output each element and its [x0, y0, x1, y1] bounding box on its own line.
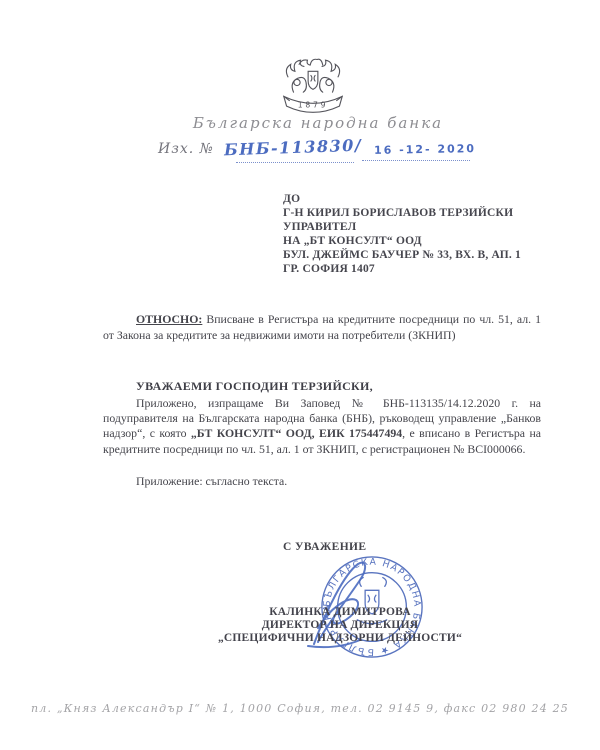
- ref-number-handwritten: БНБ-113830/: [224, 136, 363, 160]
- recipient-line: ДО: [283, 192, 583, 206]
- signer-title-2: „СПЕЦИФИЧНИ НАДЗОРНИ ДЕЙНОСТИ“: [190, 632, 490, 645]
- recipient-line: БУЛ. ДЖЕЙМС БАУЧЕР № 33, ВХ. В, АП. 1: [283, 248, 583, 262]
- recipient-block: ДО Г-Н КИРИЛ БОРИСЛАВОВ ТЕРЗИЙСКИ УПРАВИ…: [283, 192, 583, 276]
- signer-block: КАЛИНКА ДИМИТРОВА ДИРЕКТОР НА ДИРЕКЦИЯ „…: [190, 606, 490, 646]
- recipient-line: УПРАВИТЕЛ: [283, 220, 583, 234]
- dotted-line: [362, 160, 470, 161]
- signer-name: КАЛИНКА ДИМИТРОВА: [190, 606, 490, 619]
- ref-line: Изх. № БНБ-113830/ 16 -12- 2020: [158, 138, 478, 168]
- body-paragraph: Приложено, изпращаме Ви Заповед № БНБ-11…: [103, 396, 541, 457]
- bank-name-script: Българска народна банка: [0, 114, 600, 132]
- date-stamp: 16 -12- 2020: [374, 142, 476, 157]
- bnb-coat-of-arms-icon: 1879: [278, 56, 348, 120]
- recipient-line: НА „БТ КОНСУЛТ“ ООД: [283, 234, 583, 248]
- recipient-line: Г-Н КИРИЛ БОРИСЛАВОВ ТЕРЗИЙСКИ: [283, 206, 583, 220]
- footer-address: пл. „Княз Александър I“ № 1, 1000 София,…: [0, 702, 600, 715]
- subject-paragraph: ОТНОСНО: Вписване в Регистъра на кредитн…: [103, 312, 541, 343]
- closing: С УВАЖЕНИЕ: [283, 541, 366, 553]
- attachment-note: Приложение: съгласно текста.: [136, 474, 287, 489]
- ref-prefix: Изх. №: [158, 141, 214, 157]
- dotted-line: [236, 162, 354, 163]
- body-bold-company: „БТ КОНСУЛТ“ ООД, ЕИК 175447494: [191, 426, 402, 440]
- logo-year: 1879: [298, 100, 329, 109]
- salutation: УВАЖАЕМИ ГОСПОДИН ТЕРЗИЙСКИ,: [136, 379, 373, 394]
- signer-title-1: ДИРЕКТОР НА ДИРЕКЦИЯ: [190, 619, 490, 632]
- subject-label: ОТНОСНО:: [136, 312, 202, 326]
- letter-page: 1879 Българска народна банка Изх. № БНБ-…: [0, 0, 600, 750]
- recipient-line: ГР. СОФИЯ 1407: [283, 262, 583, 276]
